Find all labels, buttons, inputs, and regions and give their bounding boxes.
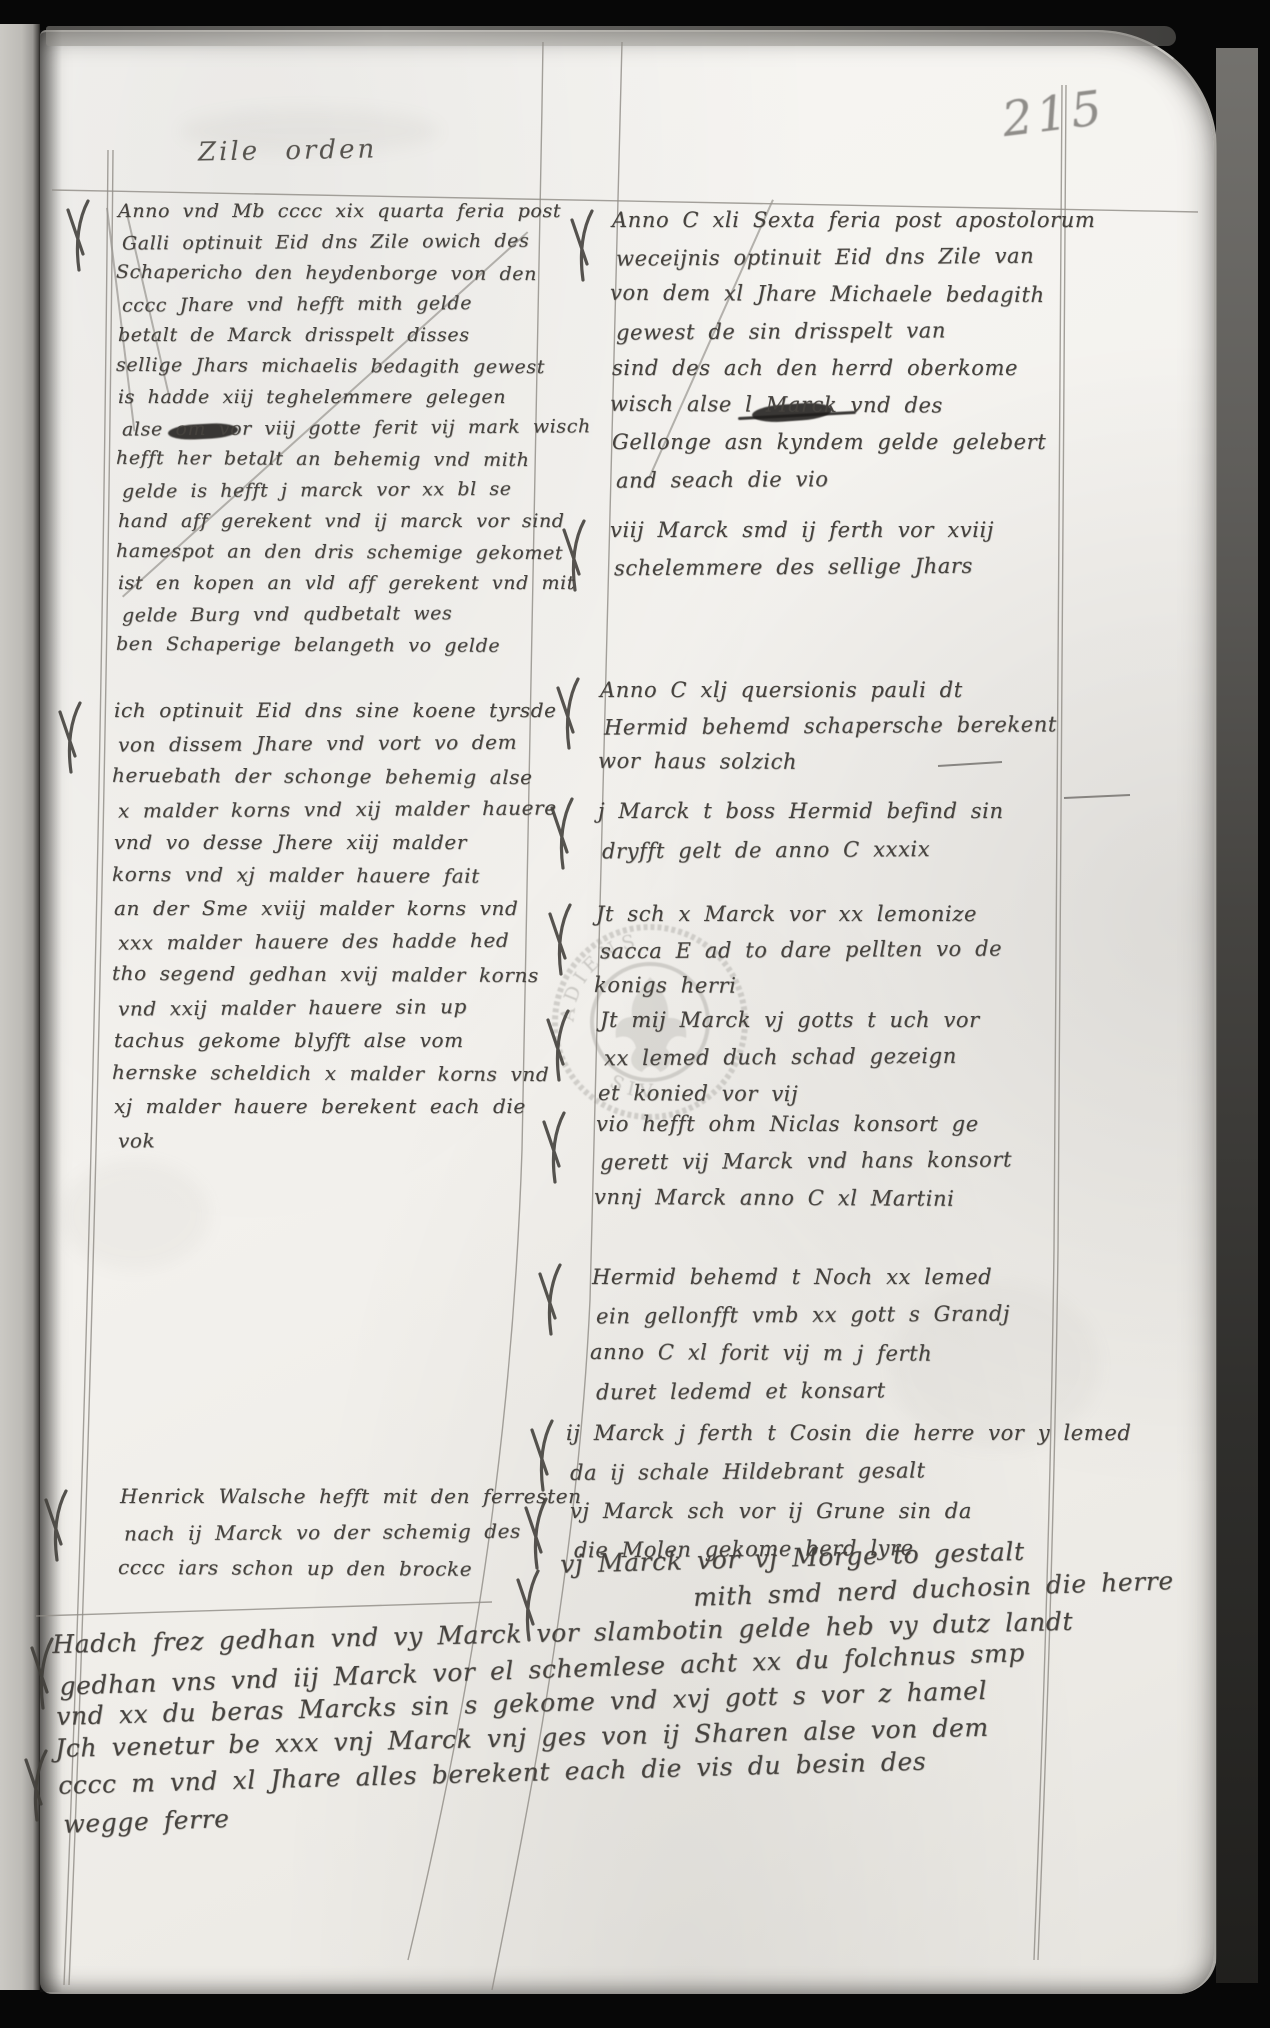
handwritten-line: anno C xl forit vij m j ferth bbox=[590, 1333, 1004, 1373]
manuscript-scan: ADIENS SIV 215 Zile orden bbox=[0, 0, 1270, 2028]
entry-mark bbox=[40, 1488, 74, 1564]
handwritten-line: weceijnis optinuit Eid dns Zile van bbox=[616, 237, 1100, 277]
handwritten-line: von dissem Jhare vnd vort vo dem bbox=[118, 725, 568, 761]
right-column-entry-2: viij Marck smd ij ferth vor xviijschelem… bbox=[610, 512, 994, 586]
handwritten-line: sellige Jhars michaelis bedagith gewest bbox=[116, 350, 556, 383]
handwritten-line: Jt mij Marck vj gotts t uch vor bbox=[600, 1002, 980, 1039]
right-column-entry-7: vio hefft ohm Niclas konsort gegerett vi… bbox=[596, 1106, 1008, 1217]
handwritten-line: Hermid behemd t Noch xx lemed bbox=[592, 1258, 1006, 1296]
handwritten-line: ben Schaperige belangeth vo gelde bbox=[116, 629, 556, 662]
handwritten-line: ein gellonfft vmb xx gott s Grandj bbox=[596, 1295, 1010, 1336]
handwritten-line: dryfft gelt de anno C xxxix bbox=[602, 830, 1008, 872]
handwritten-line: is hadde xiij teghelemmere gelegen bbox=[118, 382, 558, 413]
handwritten-line: alse om vor viij gotte ferit vij mark wi… bbox=[122, 411, 562, 445]
handwritten-line: xxx malder hauere des hadde hed bbox=[118, 923, 568, 959]
entry-mark bbox=[566, 208, 600, 284]
handwritten-line: tho segend gedhan xvij malder korns bbox=[112, 957, 562, 992]
right-column-entry-5: Jt sch x Marck vor xx lemonizesacca E ad… bbox=[596, 896, 998, 1004]
handwritten-line: Jt sch x Marck vor xx lemonize bbox=[596, 896, 998, 932]
handwritten-line: and seach die vio bbox=[616, 459, 1100, 499]
handwritten-line: hefft her betalt an behemig vnd mith bbox=[116, 443, 556, 476]
handwritten-line: x malder korns vnd xij malder hauere bbox=[118, 791, 568, 827]
handwritten-line: Anno C xlj quersionis pauli dt bbox=[600, 672, 1053, 708]
right-column-entry-9: ij Marck j ferth t Cosin die herre vor y… bbox=[566, 1414, 1131, 1490]
handwritten-line: Henrick Walsche hefft mit den ferresten bbox=[120, 1478, 550, 1514]
handwritten-line: von dem xl Jhare Michaele bedagith bbox=[610, 275, 1094, 315]
handwritten-line: Anno vnd Mb cccc xix quarta feria post bbox=[118, 196, 558, 227]
handwritten-line: gelde is hefft j marck vor xx bl se bbox=[122, 473, 562, 507]
handwritten-line: vj Marck sch vor ij Grune sin da bbox=[570, 1492, 972, 1530]
book-top-edge bbox=[46, 26, 1176, 46]
handwritten-line: betalt de Marck drisspelt disses bbox=[118, 320, 558, 351]
handwritten-line: hernske scheldich x malder korns vnd bbox=[112, 1056, 562, 1091]
handwritten-line: xx lemed duch schad gezeign bbox=[604, 1038, 984, 1078]
handwritten-line: vio hefft ohm Niclas konsort ge bbox=[596, 1106, 1008, 1143]
entry-mark bbox=[534, 1262, 568, 1338]
handwritten-line: sacca E ad to dare pellten vo de bbox=[600, 931, 1002, 970]
handwritten-line: cccc Jhare vnd hefft mith gelde bbox=[122, 287, 562, 321]
handwritten-line: wisch alse l Marck vnd des bbox=[610, 386, 1094, 426]
right-column-entry-4: j Marck t boss Hermid befind sindryfft g… bbox=[598, 792, 1004, 870]
handwritten-line: Galli optinuit Eid dns Zile owich des bbox=[122, 225, 562, 259]
handwritten-line: heruebath der schonge behemig alse bbox=[112, 759, 562, 794]
handwritten-line: an der Sme xviij malder korns vnd bbox=[114, 892, 564, 925]
handwritten-line: da ij schale Hildebrant gesalt bbox=[570, 1450, 1136, 1492]
handwritten-line: Schapericho den heydenborge von den bbox=[116, 257, 556, 290]
page-title: Zile orden bbox=[198, 134, 378, 167]
handwritten-line: gelde Burg vnd qudbetalt wes bbox=[122, 597, 562, 631]
handwritten-line: j Marck t boss Hermid befind sin bbox=[598, 792, 1004, 831]
handwritten-line: viij Marck smd ij ferth vor xviij bbox=[610, 512, 994, 549]
bottom-full-width-entry: vj Marck vor vj Morge to gestaltmith smd… bbox=[52, 1530, 1209, 1838]
right-column-entry-1: Anno C xli Sexta feria post apostolorumw… bbox=[612, 202, 1095, 498]
handwritten-line: Hermid behemd schapersche berekent bbox=[604, 706, 1057, 745]
handwritten-line: duret ledemd et konsart bbox=[596, 1371, 1010, 1412]
handwritten-line: konigs herri bbox=[594, 967, 996, 1005]
left-column-entry-1: Anno vnd Mb cccc xix quarta feria postGa… bbox=[118, 196, 558, 661]
handwritten-line: ist en kopen an vld aff gerekent vnd mit bbox=[118, 568, 558, 599]
entry-mark bbox=[20, 1748, 54, 1824]
page-stack-edge bbox=[1216, 48, 1258, 1983]
handwritten-line: xj malder hauere berekent each die bbox=[114, 1090, 564, 1123]
handwritten-line: tachus gekome blyfft alse vom bbox=[114, 1024, 564, 1057]
handwritten-line: ij Marck j ferth t Cosin die herre vor y… bbox=[566, 1414, 1131, 1452]
handwritten-line: vnnj Marck anno C xl Martini bbox=[594, 1179, 1006, 1218]
handwritten-line: vok bbox=[118, 1121, 568, 1157]
handwritten-line: gewest de sin drisspelt van bbox=[616, 311, 1100, 351]
right-column-entry-8: Hermid behemd t Noch xx lemedein gellonf… bbox=[592, 1258, 1006, 1410]
entry-mark bbox=[62, 198, 96, 274]
handwritten-line: nach ij Marck vo der schemig des bbox=[124, 1512, 554, 1551]
handwritten-line: korns vnd xj malder hauere fait bbox=[112, 858, 562, 893]
left-column-entry-2: ich optinuit Eid dns sine koene tyrsdevo… bbox=[114, 694, 564, 1156]
handwritten-line: schelemmere des sellige Jhars bbox=[614, 548, 998, 588]
handwritten-line: Anno C xli Sexta feria post apostolorum bbox=[612, 202, 1095, 239]
entry-mark bbox=[54, 700, 88, 776]
handwritten-line: ich optinuit Eid dns sine koene tyrsde bbox=[114, 694, 564, 727]
handwritten-line: Gellonge asn kyndem gelde gelebert bbox=[612, 424, 1095, 461]
handwritten-line: gerett vij Marck vnd hans konsort bbox=[600, 1142, 1012, 1182]
handwritten-line: hand aff gerekent vnd ij marck vor sind bbox=[118, 506, 558, 537]
handwritten-line: wor haus solzich bbox=[598, 743, 1051, 781]
right-column-entry-3: Anno C xlj quersionis pauli dtHermid beh… bbox=[600, 672, 1053, 780]
handwritten-line: sind des ach den herrd oberkome bbox=[612, 350, 1095, 387]
handwritten-line: vnd vo desse Jhere xiij malder bbox=[114, 826, 564, 859]
handwritten-line: vnd xxij malder hauere sin up bbox=[118, 989, 568, 1025]
handwritten-line: hamespot an den dris schemige gekomet bbox=[116, 536, 556, 569]
right-column-entry-6: Jt mij Marck vj gotts t uch vorxx lemed … bbox=[600, 1002, 980, 1113]
